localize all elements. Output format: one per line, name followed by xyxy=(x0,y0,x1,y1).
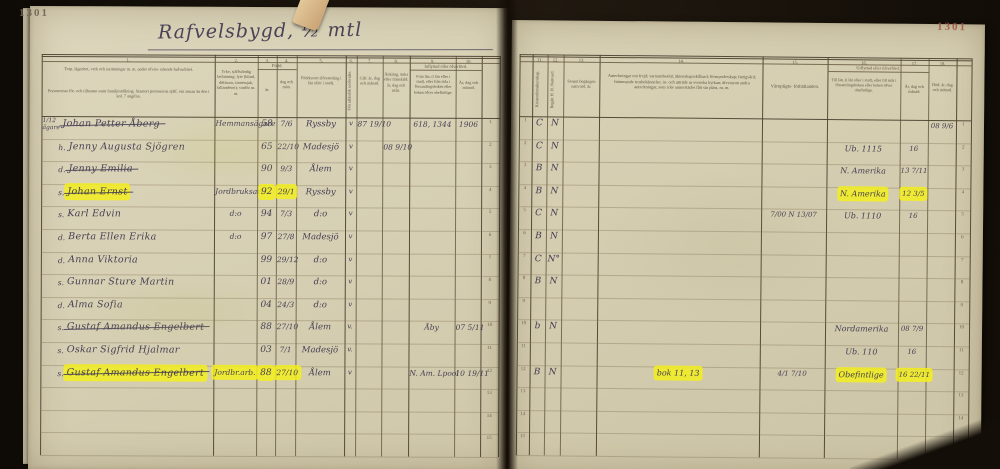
cell-out_to: N. Amerika xyxy=(827,189,898,199)
cell-birthplace: Madesjö xyxy=(297,232,344,242)
cell-mark: v xyxy=(346,232,355,240)
cell-name: s.Johan Ernst xyxy=(42,186,213,198)
table-vline xyxy=(381,56,384,457)
cell-text: 9 xyxy=(523,299,526,304)
cell-text: 10 xyxy=(959,326,964,331)
relation-prefix: s. xyxy=(58,278,64,287)
cell-out_to: Ub. 1110 xyxy=(827,211,898,221)
column-header-last_communion: Senast begången nattvard, år. xyxy=(565,79,597,90)
cell-mark1: b xyxy=(531,322,544,332)
cell-text: 7/6 xyxy=(280,119,292,128)
cell-born_year: 99 xyxy=(258,255,275,265)
cell-mark: v. xyxy=(345,345,354,353)
page-number-stamp-left: 1301 xyxy=(19,7,49,19)
cell-mark2: N xyxy=(548,141,562,151)
cell-text: v xyxy=(348,300,352,308)
cell-text: 7/3 xyxy=(280,209,292,218)
column-header-in_date: År, dag och månad. xyxy=(457,80,481,91)
cell-rownum_r: 4 xyxy=(956,190,969,195)
cell-text: 3 xyxy=(524,163,527,168)
cell-rownum: 15 xyxy=(481,436,497,441)
cell-out_date: 16 xyxy=(901,144,927,152)
cell-text: 13 xyxy=(520,389,525,394)
cell-text: 29/1 xyxy=(278,187,295,196)
cell-mark2: N xyxy=(547,231,561,241)
cell-text: 6 xyxy=(489,233,492,238)
cell-text: 27/10 xyxy=(277,322,299,331)
table-hline xyxy=(518,274,970,279)
table-vline xyxy=(925,58,930,459)
table-vline xyxy=(355,55,358,456)
cell-text: 4/1 7/10 xyxy=(777,369,806,377)
cell-mark: v xyxy=(346,142,355,150)
cell-text: 6 xyxy=(961,235,964,240)
cell-text: C xyxy=(536,118,543,128)
cell-occupation: d:o xyxy=(215,209,256,218)
table-vline xyxy=(213,55,216,456)
cell-rownum_l: 14 xyxy=(517,412,528,417)
cell-text: v. xyxy=(347,345,352,353)
cell-text: 4 xyxy=(962,190,965,195)
page-title: Rafvelsbygd, ½ mtl xyxy=(158,17,488,43)
cell-text: d:o xyxy=(230,232,242,241)
cell-rownum_l: 3 xyxy=(520,163,531,168)
cell-died: 08 9/6 xyxy=(929,122,955,130)
cell-birthplace: Madesjö xyxy=(297,142,344,152)
cell-birthplace: d:o xyxy=(297,277,344,287)
column-header-military: Värnpligts- förhållanden. xyxy=(764,84,825,91)
cell-born_date: 22/10 xyxy=(277,142,295,151)
cell-rownum_r: 10 xyxy=(955,326,968,331)
cell-rownum_l: 1 xyxy=(520,118,531,123)
cell-name: s.Gunnar Sture Martin xyxy=(42,276,213,288)
column-header-vert_b: Begått H. H. Nattvard. xyxy=(549,64,561,114)
cell-text: B xyxy=(535,231,542,241)
cell-text: 16 22/11 xyxy=(899,370,930,378)
cell-text: 5 xyxy=(489,210,492,215)
photo-corner-shadow xyxy=(850,414,1000,469)
table-hline xyxy=(517,297,969,302)
table-hline xyxy=(518,252,970,257)
cell-out_to: Nordamerika xyxy=(826,324,897,334)
cell-rownum: 13 xyxy=(481,391,497,396)
person-name: Jenny Emilia xyxy=(68,163,132,174)
cell-mark: v xyxy=(346,187,355,195)
cell-out_date: 16 xyxy=(900,212,926,220)
cell-text: 7/00 N 13/07 xyxy=(770,211,817,219)
cell-from: N. Am. Lpool xyxy=(409,368,453,377)
cell-born_date: 7/3 xyxy=(277,209,295,218)
cell-text: 2 xyxy=(524,141,527,146)
cell-text: 11 xyxy=(959,348,964,353)
cell-born_year: 65 xyxy=(258,142,275,152)
cell-from_date: 10 19/11 xyxy=(455,368,479,377)
cell-text: 16 xyxy=(909,212,918,220)
column-header-in_group: Inflyttad eller öfverförd. xyxy=(410,64,482,70)
person-name: Gunnar Sture Martin xyxy=(67,276,174,287)
cell-text: 9/3 xyxy=(280,164,292,173)
cell-from: 618, 1344 xyxy=(410,120,454,129)
cell-rownum_l: 4 xyxy=(519,186,530,191)
cell-mark: v xyxy=(346,165,355,173)
cell-rownum_r: 5 xyxy=(956,213,969,218)
person-name: Berta Ellen Erika xyxy=(68,231,157,242)
cell-text: 88 xyxy=(260,322,271,332)
column-number: 15. xyxy=(764,59,827,65)
person-name: Karl Edvin xyxy=(67,209,121,220)
cell-name: d.Jenny Emilia xyxy=(42,163,213,175)
person-name: Alma Sofia xyxy=(68,299,123,310)
cell-rownum_r: 6 xyxy=(956,235,969,240)
column-header-widowed: Änkling, änka eller frånskild: år, dag o… xyxy=(384,72,409,94)
cell-text: 08 9/6 xyxy=(931,122,953,130)
cell-name: s.Oskar Sigfrid Hjalmar xyxy=(41,344,212,356)
cell-text: 7 xyxy=(961,258,964,263)
table-hline xyxy=(519,116,971,121)
cell-text: 3 xyxy=(962,168,965,173)
cell-text: 10 xyxy=(487,323,492,328)
table-vline xyxy=(759,56,764,457)
cell-rownum_r: 11 xyxy=(955,348,968,353)
cell-text: bok 11, 13 xyxy=(657,368,700,377)
cell-text: Jordbr.arb. xyxy=(214,367,255,376)
cell-text: 08 7/9 xyxy=(901,325,923,333)
cell-mark1: B xyxy=(531,276,544,286)
cell-text: N xyxy=(549,322,557,332)
cell-born_date: 7/1 xyxy=(276,345,294,354)
cell-text: Ub. 1115 xyxy=(845,144,882,153)
cell-text: 12 3/5 xyxy=(902,190,924,198)
cell-rownum_r: 1 xyxy=(957,122,970,127)
table-hline xyxy=(519,139,971,144)
cell-from: Åby xyxy=(410,323,454,332)
cell-from_date: 07 5/11 xyxy=(456,323,480,332)
cell-married: 87 19/10 xyxy=(357,119,381,128)
table-hline xyxy=(518,184,970,189)
cell-text: 15 xyxy=(487,436,492,441)
cell-out_date: 13 7/11 xyxy=(901,167,927,175)
person-name: Anna Viktoria xyxy=(68,254,138,265)
cell-text: d:o xyxy=(314,277,327,287)
cell-mark: v xyxy=(346,300,355,308)
cell-mark2: N xyxy=(546,322,560,332)
cell-military: 4/1 7/10 xyxy=(761,369,824,378)
cell-text: 14 xyxy=(487,414,492,419)
cell-mark: v xyxy=(346,119,355,127)
cell-text: d:o xyxy=(313,300,326,310)
cell-text: 7 xyxy=(489,256,492,261)
cell-text: Madesjö xyxy=(302,232,338,242)
cell-text: v xyxy=(349,210,353,218)
cell-text: C xyxy=(535,254,542,264)
cell-text: 4 xyxy=(489,188,492,193)
cell-text: 90 xyxy=(261,164,272,174)
cell-out_date: 16 22/11 xyxy=(899,370,925,378)
cell-text: N xyxy=(551,118,559,128)
cell-text: d:o xyxy=(314,210,327,220)
cell-text: N xyxy=(551,164,559,174)
table-hline xyxy=(519,161,971,166)
cell-text: v. xyxy=(347,323,352,331)
column-header-married: Gift: år, dag och månad. xyxy=(358,75,382,86)
column-number: 7. xyxy=(358,58,382,63)
cell-note: bok 11, 13 xyxy=(598,367,759,378)
column-header-birthplace: Födelseort (församling i län eller i sta… xyxy=(299,75,344,86)
cell-mark: v xyxy=(346,210,355,218)
margin-note: 1/12ägare xyxy=(42,118,60,131)
cell-name: 1/12ägareJohan Petter Åberg xyxy=(42,118,213,132)
cell-text: 12 xyxy=(521,367,526,372)
cell-text: 04 xyxy=(260,300,271,310)
cell-mark1: C xyxy=(532,209,545,219)
cell-text: 6 xyxy=(523,231,526,236)
cell-born_year: 97 xyxy=(258,232,275,242)
cell-text: 08 9/10 xyxy=(383,142,412,151)
cell-text: 8 xyxy=(489,278,492,283)
cell-text: N xyxy=(549,367,557,377)
cell-birthplace: d:o xyxy=(297,210,344,220)
cell-text: Ub. 1110 xyxy=(844,212,881,221)
cell-text: 5 xyxy=(523,209,526,214)
cell-name: d.Anna Viktoria xyxy=(42,254,213,266)
cell-rownum_l: 10 xyxy=(518,321,529,326)
cell-text: 7/1 xyxy=(279,345,291,354)
cell-text: N. Amerika xyxy=(840,189,886,198)
cell-born_date: 28/9 xyxy=(277,277,295,286)
cell-text: Ryssby xyxy=(306,119,336,129)
cell-rownum: 14 xyxy=(481,414,497,419)
cell-text: 88 xyxy=(260,368,271,378)
cell-text: Ålem xyxy=(309,323,331,333)
cell-text: Obefintlige xyxy=(839,370,884,379)
ledger-book-photo: Rafvelsbygd, ½ mtl 1.2.3.4.5.6.7.8.9.10.… xyxy=(0,0,1000,469)
column-header-vert_a: Kristendomskunskap. xyxy=(534,64,545,114)
cell-text: v xyxy=(348,255,352,263)
cell-rownum_l: 15 xyxy=(517,434,528,439)
cell-name: s.Gustaf Amandus Engelbert xyxy=(42,321,213,333)
cell-text: N xyxy=(550,209,558,219)
cell-occupation: Jordbruksarb. xyxy=(215,187,256,196)
cell-out_to: Ub. 1115 xyxy=(828,144,899,154)
column-header-born_date: dag och mån. xyxy=(277,79,297,90)
person-name: Gustaf Amandus Engelbert xyxy=(67,367,204,379)
cell-text: 15 xyxy=(520,434,525,439)
relation-prefix: d. xyxy=(58,233,65,242)
column-header-col1_a: Torp, lägenhet, verk och inrättningar m.… xyxy=(48,66,210,72)
cell-text: 65 xyxy=(261,142,272,152)
cell-text: N° xyxy=(547,254,559,264)
cell-text: Madesjö xyxy=(303,142,339,152)
cell-occupation: Jordbr.arb. xyxy=(214,367,255,376)
cell-out_to: N. Amerika xyxy=(828,166,899,176)
right-page: 11.12.13.14.15.16.17.18.Kristendomskunsk… xyxy=(508,20,985,469)
cell-mark2: N xyxy=(547,186,561,196)
table-vline xyxy=(824,57,829,458)
column-number: 13. xyxy=(565,58,599,63)
column-number: 11. xyxy=(534,57,547,62)
cell-text: 27/10 xyxy=(276,368,298,377)
cell-text: 5 xyxy=(961,213,964,218)
cell-text: 24/3 xyxy=(277,300,294,309)
cell-born_year: 04 xyxy=(258,300,275,310)
cell-mark: v xyxy=(346,278,355,286)
cell-rownum_l: 8 xyxy=(518,276,529,281)
table-hline xyxy=(518,229,970,234)
person-name: Oskar Sigfrid Hjalmar xyxy=(67,344,180,355)
column-header-in_from: Från län, (i län eller i stad), eller fr… xyxy=(412,74,455,95)
cell-occupation: d:o xyxy=(215,232,256,241)
cell-born_date: 29/12 xyxy=(277,255,295,264)
table-hline xyxy=(516,387,968,392)
cell-text: 27/8 xyxy=(278,232,295,241)
cell-rownum_l: 2 xyxy=(520,141,531,146)
column-header-born_group: Född. xyxy=(258,63,297,69)
cell-from_date: 1906 xyxy=(456,120,480,129)
left-page: Rafvelsbygd, ½ mtl 1.2.3.4.5.6.7.8.9.10.… xyxy=(28,6,508,469)
cell-born_date: 27/10 xyxy=(276,368,294,377)
cell-text: 92 xyxy=(261,187,272,197)
column-number: 1. xyxy=(43,57,214,63)
table-hline xyxy=(518,206,970,211)
cell-birthplace: Ryssby xyxy=(297,119,344,129)
page-number-stamp-right: 1301 xyxy=(937,21,967,34)
cell-text: v xyxy=(349,142,353,150)
relation-prefix: h. xyxy=(58,143,65,152)
cell-born_year: 90 xyxy=(258,164,275,174)
cell-text: 3 xyxy=(489,165,492,170)
cell-born_year: 92 xyxy=(258,187,275,197)
cell-rownum_l: 13 xyxy=(517,389,528,394)
cell-born_year: 88 xyxy=(257,368,274,378)
column-header-out_to: Till län, (i län eller i stad), eller ti… xyxy=(829,77,898,93)
cell-birthplace: Ålem xyxy=(296,368,343,378)
column-header-notes: Anteckningar om frejd; varnansbeslut; äk… xyxy=(605,73,758,91)
cell-text: 1 xyxy=(524,118,527,123)
cell-occupation: Hemmansägare xyxy=(215,119,256,128)
column-header-col1_b: Personernas för- och tillnamn samt famil… xyxy=(48,88,210,100)
cell-text: 8 xyxy=(961,281,964,286)
cell-text: 9 xyxy=(488,301,491,306)
cell-text: B xyxy=(535,276,542,286)
cell-text: Ub. 110 xyxy=(845,347,877,356)
cell-text: Åby xyxy=(424,323,439,332)
relation-prefix: s. xyxy=(57,346,63,355)
cell-birthplace: d:o xyxy=(297,255,344,265)
column-header-nationality_vertical: Om utländsk undersåte. xyxy=(347,65,356,115)
cell-text: 99 xyxy=(261,255,272,265)
column-number: 18. xyxy=(930,61,956,66)
cell-name: s.Gustaf Amandus Engelbert xyxy=(41,367,212,379)
cell-rownum_r: 8 xyxy=(955,280,968,285)
cell-text: v xyxy=(348,278,352,286)
cell-mark: v xyxy=(346,255,355,263)
cell-text: 07 5/11 xyxy=(456,323,485,332)
cell-text: 13 7/11 xyxy=(901,167,928,175)
title-underline xyxy=(148,49,493,50)
cell-text: 9 xyxy=(961,303,964,308)
cell-text: C xyxy=(536,141,543,151)
cell-born_date: 29/1 xyxy=(277,187,295,196)
cell-mark: v. xyxy=(346,323,355,331)
table-vline xyxy=(897,58,902,459)
cell-text: 1 xyxy=(489,120,492,125)
margin-note-line: ägare xyxy=(42,125,60,132)
cell-text: v xyxy=(348,232,352,240)
table-vline xyxy=(596,55,601,456)
cell-text: 28/9 xyxy=(277,277,294,286)
person-name: Johan Ernst xyxy=(67,186,127,197)
cell-mark1: B xyxy=(532,186,545,196)
cell-text: Ålem xyxy=(309,368,331,378)
cell-text: Ålem xyxy=(310,164,332,174)
column-header-col2: Yrke, själfständig befattning; lyte (bli… xyxy=(217,69,256,96)
cell-text: 14 xyxy=(520,412,525,417)
column-number: 14. xyxy=(601,58,762,65)
person-name: Johan Petter Åberg xyxy=(62,118,160,129)
cell-text: B xyxy=(535,186,542,196)
cell-text: v xyxy=(349,187,353,195)
cell-rownum_l: 11 xyxy=(518,344,529,349)
cell-rownum_r: 2 xyxy=(957,145,970,150)
cell-text: N. Am. Lpool xyxy=(409,368,458,377)
cell-birthplace: d:o xyxy=(297,300,344,310)
table-hline xyxy=(40,432,498,435)
table-hline xyxy=(517,319,969,324)
cell-mark1: B xyxy=(532,231,545,241)
column-number: 6. xyxy=(347,58,356,63)
cell-born_year: 01 xyxy=(258,277,275,287)
cell-text: v xyxy=(349,165,353,173)
cell-text: b xyxy=(535,322,541,332)
cell-mark1: C xyxy=(533,118,546,128)
cell-born_year: 88 xyxy=(258,322,275,332)
cell-text: N. Amerika xyxy=(840,166,886,175)
cell-text: 1 xyxy=(962,122,965,127)
table-hline xyxy=(40,410,498,413)
cell-born_date: 27/10 xyxy=(277,322,295,331)
cell-text: 10 xyxy=(521,321,526,326)
cell-text: 8 xyxy=(523,276,526,281)
table-hline xyxy=(40,455,498,458)
cell-out_date: 16 xyxy=(899,348,925,356)
table-hline xyxy=(410,70,482,71)
relation-prefix: d. xyxy=(58,256,65,265)
cell-birthplace: Ålem xyxy=(297,323,344,333)
table-hline xyxy=(258,69,297,70)
cell-mark2: N° xyxy=(547,254,561,264)
cell-text: N xyxy=(550,186,558,196)
column-header-out_date: År, dag och månad. xyxy=(901,84,927,95)
cell-rownum_l: 5 xyxy=(519,208,530,213)
cell-mark: v xyxy=(345,368,354,376)
cell-rownum_r: 12 xyxy=(955,371,968,376)
cell-mark1: B xyxy=(533,163,546,173)
column-header-out_group: Utflyttad eller öfverförd. xyxy=(828,65,929,72)
cell-rownum_r: 7 xyxy=(956,258,969,263)
cell-text: 1906 xyxy=(459,120,478,129)
cell-birthplace: Madesjö xyxy=(296,345,343,355)
cell-born_year: 03 xyxy=(257,345,274,355)
person-name: Jenny Augusta Sjögren xyxy=(69,141,186,153)
cell-rownum_r: 13 xyxy=(954,393,967,398)
cell-text: Nordamerika xyxy=(835,325,889,335)
cell-text: 01 xyxy=(261,277,272,287)
cell-rownum_r: 9 xyxy=(955,303,968,308)
relation-prefix: s. xyxy=(58,211,64,220)
cell-text: 2 xyxy=(489,143,492,148)
column-number: 8. xyxy=(384,59,409,64)
cell-text: 2 xyxy=(962,145,965,150)
